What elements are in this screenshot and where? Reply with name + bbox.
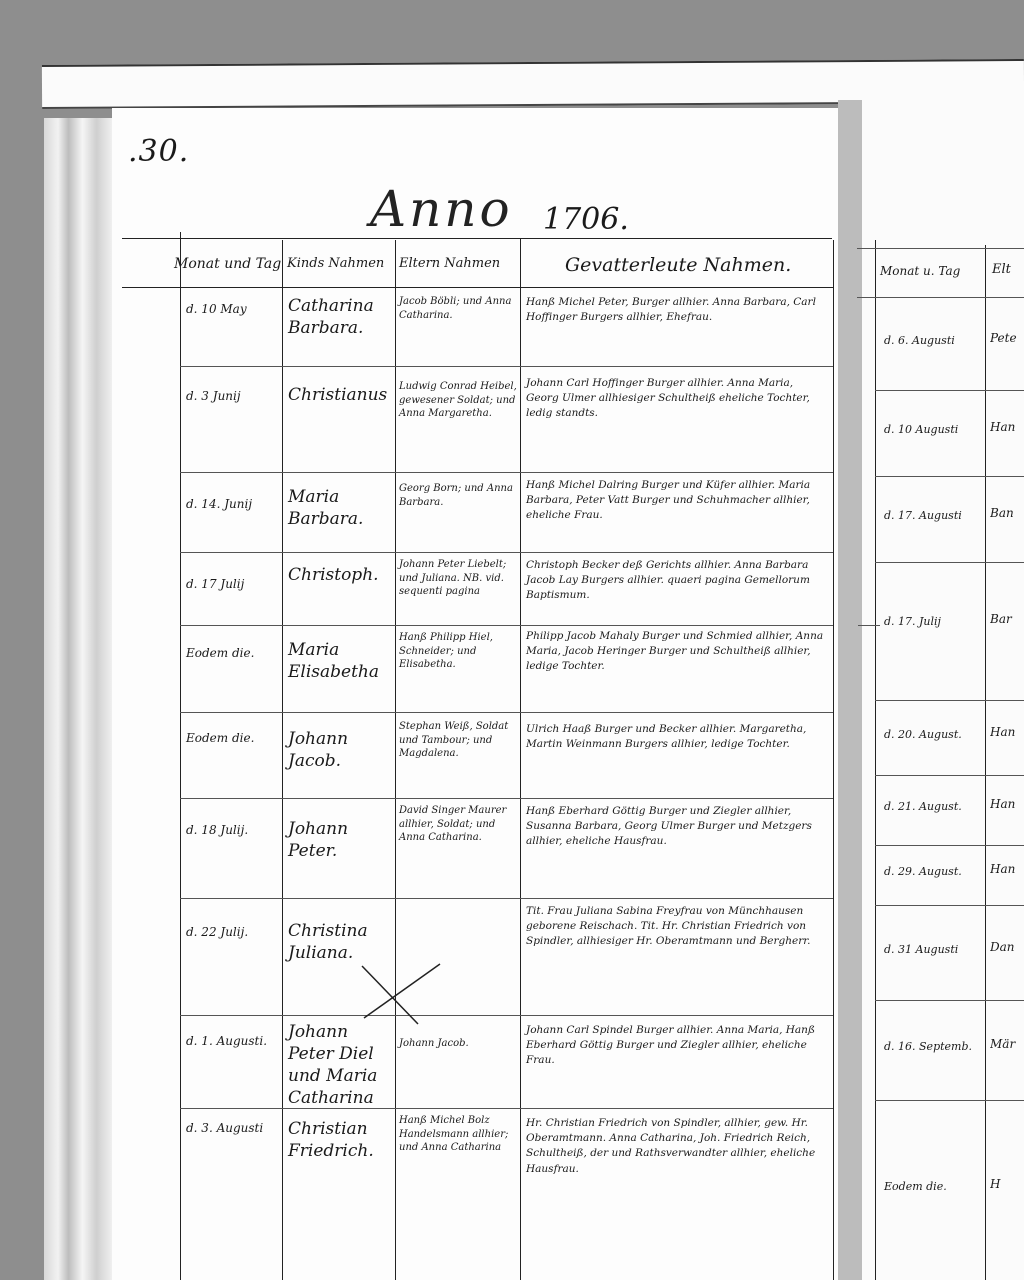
cell-date: d. 22 Julij. xyxy=(186,924,278,940)
column-line xyxy=(395,240,396,1280)
cell-child-name: Johann Peter. xyxy=(288,818,392,862)
cell-child-name: Christianus xyxy=(288,384,392,406)
cell-child-name: Christina Juliana. xyxy=(288,920,392,964)
rule-line xyxy=(857,297,1024,298)
cell-parents: Johann Jacob. xyxy=(399,1037,517,1051)
cell-child-name: Johann Peter Diel und Maria Catharina xyxy=(288,1021,392,1109)
facing-cell-fragment: Han xyxy=(990,419,1024,435)
rule-line xyxy=(875,476,1024,477)
column-line xyxy=(985,245,986,1280)
rule-line xyxy=(180,898,833,899)
facing-cell-date: d. 6. Augusti xyxy=(884,334,982,349)
header-child: Kinds Nahmen xyxy=(287,256,384,271)
cell-parents: Stephan Weiß, Soldat und Tambour; und Ma… xyxy=(399,720,517,761)
cell-godparents: Philipp Jacob Mahaly Burger und Schmied … xyxy=(526,629,828,675)
rule-line xyxy=(875,845,1024,846)
rule-line xyxy=(180,712,833,713)
cell-godparents: Hanß Eberhard Göttig Burger und Ziegler … xyxy=(526,804,828,850)
facing-cell-date: d. 16. Septemb. xyxy=(884,1040,982,1055)
rule-line xyxy=(875,390,1024,391)
rule-line xyxy=(122,287,834,288)
column-line xyxy=(520,238,521,1280)
column-line xyxy=(875,240,876,1280)
cell-date: d. 1. Augusti. xyxy=(186,1033,278,1049)
rule-line xyxy=(180,366,833,367)
cell-date: Eodem die. xyxy=(186,730,278,746)
cell-parents: Johann Peter Liebelt; und Juliana. NB. v… xyxy=(399,558,517,599)
facing-cell-date: d. 17. Augusti xyxy=(884,509,982,524)
cell-parents: David Singer Maurer allhier, Soldat; und… xyxy=(399,804,517,845)
page-number: .30. xyxy=(128,134,189,169)
cell-godparents: Hanß Michel Dalring Burger und Küfer all… xyxy=(526,478,828,524)
facing-header-parents: Elt xyxy=(992,262,1011,277)
facing-cell-fragment: Han xyxy=(990,796,1024,812)
title-anno: Anno xyxy=(370,180,513,238)
register-page xyxy=(112,108,838,1280)
cell-child-name: Christoph. xyxy=(288,564,392,586)
facing-cell-fragment: Pete xyxy=(990,330,1024,346)
cell-godparents: Ulrich Haaß Burger und Becker allhier. M… xyxy=(526,722,828,752)
rule-line xyxy=(180,1015,833,1016)
cell-godparents: Johann Carl Spindel Burger allhier. Anna… xyxy=(526,1023,828,1069)
facing-cell-fragment: Mär xyxy=(990,1036,1024,1052)
rule-line xyxy=(875,562,1024,563)
cell-godparents: Johann Carl Hoffinger Burger allhier. An… xyxy=(526,376,828,422)
page-gutter xyxy=(838,100,862,1280)
column-line xyxy=(833,240,834,1280)
facing-cell-date: d. 29. August. xyxy=(884,865,982,880)
rule-line xyxy=(122,238,832,239)
rule-line xyxy=(857,248,1024,249)
cell-godparents: Tit. Frau Juliana Sabina Freyfrau von Mü… xyxy=(526,904,828,950)
cross-reference-line xyxy=(858,625,880,626)
rule-line xyxy=(180,625,833,626)
facing-cell-date: d. 31 Augusti xyxy=(884,943,982,958)
cell-date: d. 17 Julij xyxy=(186,576,278,592)
cell-parents: Hanß Philipp Hiel, Schneider; und Elisab… xyxy=(399,631,517,672)
rule-line xyxy=(180,798,833,799)
cell-parents: Georg Born; und Anna Barbara. xyxy=(399,482,517,509)
cell-parents: Jacob Böbli; und Anna Catharina. xyxy=(399,295,517,322)
rule-line xyxy=(875,1100,1024,1101)
cell-parents: Hanß Michel Bolz Handelsmann allhier; un… xyxy=(399,1114,517,1155)
column-line xyxy=(282,240,283,1280)
rule-line xyxy=(875,905,1024,906)
rule-line xyxy=(180,472,833,473)
header-godparents: Gevatterleute Nahmen. xyxy=(565,254,791,276)
facing-cell-fragment: Dan xyxy=(990,939,1024,955)
facing-cell-fragment: Ban xyxy=(990,505,1024,521)
rule-line xyxy=(875,1000,1024,1001)
cell-child-name: Catharina Barbara. xyxy=(288,295,392,339)
facing-cell-date: d. 17. Julij xyxy=(884,615,982,630)
facing-header-date: Monat u. Tag xyxy=(880,264,960,278)
facing-cell-fragment: Bar xyxy=(990,611,1024,627)
cell-child-name: Maria Barbara. xyxy=(288,486,392,530)
rule-line xyxy=(875,700,1024,701)
facing-cell-date: d. 21. August. xyxy=(884,800,982,815)
title-year: 1706. xyxy=(543,202,629,237)
cell-parents: Ludwig Conrad Heibel, gewesener Soldat; … xyxy=(399,380,517,421)
facing-cell-date: Eodem die. xyxy=(884,1180,982,1195)
strike-cross-mark xyxy=(356,962,446,1032)
cell-godparents: Hanß Michel Peter, Burger allhier. Anna … xyxy=(526,295,828,325)
cell-godparents: Hr. Christian Friedrich von Spindler, al… xyxy=(526,1116,828,1177)
cell-date: d. 18 Julij. xyxy=(186,822,278,838)
book-binding xyxy=(44,118,114,1280)
cell-date: Eodem die. xyxy=(186,645,278,661)
facing-cell-fragment: H xyxy=(990,1176,1024,1192)
cell-child-name: Christian Friedrich. xyxy=(288,1118,392,1162)
cell-date: d. 14. Junij xyxy=(186,496,278,512)
header-parents: Eltern Nahmen xyxy=(399,256,500,271)
rule-line xyxy=(180,552,833,553)
column-line xyxy=(180,232,181,1280)
cell-godparents: Christoph Becker deß Gerichts allhier. A… xyxy=(526,558,828,604)
cell-date: d. 10 May xyxy=(186,301,278,317)
cell-date: d. 3. Augusti xyxy=(186,1120,278,1136)
rule-line xyxy=(180,1108,833,1109)
rule-line xyxy=(875,775,1024,776)
cell-child-name: Johann Jacob. xyxy=(288,728,392,772)
facing-cell-date: d. 10 Augusti xyxy=(884,423,982,438)
facing-cell-fragment: Han xyxy=(990,724,1024,740)
cell-date: d. 3 Junij xyxy=(186,388,278,404)
cell-child-name: Maria Elisabetha xyxy=(288,639,392,683)
facing-cell-date: d. 20. August. xyxy=(884,728,982,743)
facing-cell-fragment: Han xyxy=(990,861,1024,877)
header-date: Monat und Tag xyxy=(174,256,281,272)
title-word: Anno xyxy=(370,180,513,238)
